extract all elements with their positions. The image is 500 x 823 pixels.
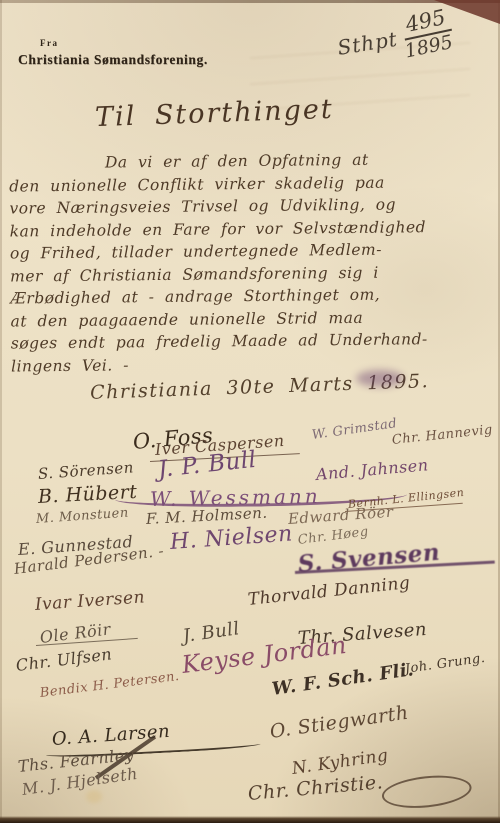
signature-20: Ole Röir bbox=[39, 619, 112, 647]
signature-21: J. Bull bbox=[182, 618, 241, 647]
signature-2: W. Grimstad bbox=[311, 416, 398, 443]
paper-edge-bottom bbox=[0, 816, 500, 823]
signature-29: O. Stiegwarth bbox=[268, 702, 409, 743]
signature-26: Bendix H. Petersen. bbox=[39, 669, 180, 701]
signature-28: O. A. Larsen bbox=[51, 721, 171, 750]
signature-10: M. Monstuen bbox=[35, 506, 129, 527]
signature-23: Chr. Ulfsen bbox=[15, 644, 113, 675]
signature-7: B. Hübert bbox=[37, 481, 137, 508]
signature-15: Chr. Høeg bbox=[297, 524, 369, 548]
scanned-petition-page: Fra Christiania Sømandsforening. Sthpt 4… bbox=[0, 0, 500, 823]
signatures-layer: O. FossIver CaspersenW. GrimstadChr. Han… bbox=[0, 0, 500, 823]
signature-19: Thorvald Danning bbox=[247, 573, 411, 610]
signature-25: Joh. Grung. bbox=[404, 651, 486, 677]
signature-18: Ivar Iversen bbox=[34, 587, 145, 615]
signature-14: H. Nielsen bbox=[169, 521, 293, 555]
signature-33: Chr. Christie. bbox=[247, 771, 384, 805]
signature-6: And. Jahnsen bbox=[315, 455, 429, 484]
signature-3: Chr. Hannevig bbox=[391, 422, 493, 447]
signature-4: S. Sörensen bbox=[37, 458, 134, 483]
